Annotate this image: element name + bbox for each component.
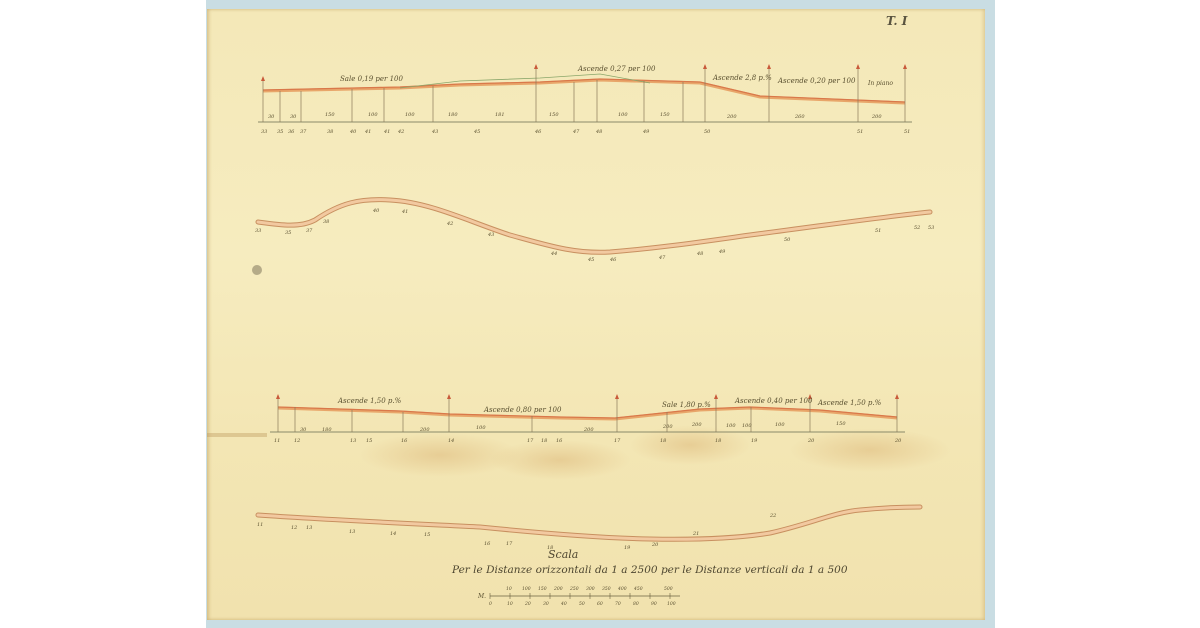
svg-text:100: 100	[476, 425, 486, 431]
svg-text:30: 30	[268, 114, 275, 120]
svg-text:48: 48	[696, 251, 703, 257]
svg-text:51: 51	[875, 228, 881, 234]
svg-text:500: 500	[664, 586, 673, 592]
svg-text:46: 46	[534, 129, 542, 135]
svg-text:260: 260	[794, 114, 805, 120]
svg-text:30: 30	[543, 601, 549, 607]
svg-text:22: 22	[769, 513, 776, 519]
gradient-annotation: Ascende 1,50 p.%	[337, 397, 402, 405]
svg-text:15: 15	[366, 438, 372, 444]
svg-text:18: 18	[660, 438, 666, 444]
svg-text:10: 10	[507, 601, 513, 607]
gradient-annotation: Sale 0,19 per 100	[340, 75, 403, 83]
svg-text:20: 20	[807, 438, 815, 444]
svg-text:100: 100	[618, 112, 628, 118]
gradient-annotation: Ascende 0,40 per 100	[734, 397, 813, 405]
svg-text:20: 20	[524, 601, 531, 607]
svg-text:30: 30	[300, 427, 307, 433]
svg-text:100: 100	[742, 423, 752, 429]
svg-text:38: 38	[323, 219, 329, 225]
svg-text:41: 41	[364, 129, 371, 135]
svg-text:200: 200	[726, 114, 737, 120]
svg-text:150: 150	[325, 112, 335, 118]
svg-text:17: 17	[614, 438, 621, 444]
svg-text:21: 21	[692, 531, 699, 537]
svg-text:51: 51	[904, 129, 910, 135]
svg-text:18: 18	[715, 438, 721, 444]
svg-text:33: 33	[255, 228, 261, 234]
svg-text:45: 45	[473, 129, 480, 135]
svg-text:16: 16	[484, 541, 491, 547]
svg-text:49: 49	[718, 249, 726, 255]
paper-stains	[252, 265, 950, 480]
svg-text:44: 44	[550, 251, 557, 257]
svg-text:36: 36	[288, 129, 295, 135]
svg-text:150: 150	[836, 421, 846, 427]
gradient-annotation: Sale 1,80 p.%	[662, 401, 711, 409]
gradient-annotation: Ascende 0,20 per 100	[777, 77, 856, 85]
svg-text:41: 41	[383, 129, 390, 135]
svg-text:20: 20	[651, 542, 659, 548]
svg-text:43: 43	[431, 129, 438, 135]
svg-text:300: 300	[586, 586, 595, 592]
gradient-annotation: In piano	[867, 80, 893, 87]
svg-text:37: 37	[300, 129, 307, 135]
svg-text:47: 47	[572, 129, 580, 135]
svg-text:150: 150	[549, 112, 559, 118]
svg-text:53: 53	[928, 225, 934, 231]
svg-text:13: 13	[306, 525, 312, 531]
svg-text:47: 47	[658, 255, 666, 261]
svg-text:35: 35	[285, 230, 291, 236]
gradient-annotation: Ascende 1,50 p.%	[817, 399, 882, 407]
svg-text:90: 90	[651, 601, 657, 607]
svg-text:16: 16	[556, 438, 563, 444]
svg-text:17: 17	[506, 541, 513, 547]
svg-text:0: 0	[489, 601, 492, 607]
svg-text:M.: M.	[477, 593, 486, 600]
svg-text:12: 12	[294, 438, 300, 444]
gradient-annotation: Ascende 0,80 per 100	[483, 406, 562, 414]
svg-text:51: 51	[857, 129, 863, 135]
svg-text:350: 350	[602, 586, 611, 592]
svg-text:200: 200	[419, 427, 430, 433]
svg-text:14: 14	[390, 531, 396, 537]
svg-text:150: 150	[538, 586, 547, 592]
svg-text:100: 100	[667, 601, 676, 607]
svg-text:13: 13	[349, 529, 355, 535]
svg-text:181: 181	[495, 112, 505, 118]
svg-text:20: 20	[894, 438, 902, 444]
svg-text:37: 37	[306, 228, 313, 234]
svg-text:42: 42	[446, 221, 453, 227]
gradient-annotation: Ascende 0,27 per 100	[577, 65, 656, 73]
svg-text:46: 46	[609, 257, 617, 263]
svg-text:18: 18	[541, 438, 547, 444]
svg-text:19: 19	[624, 545, 631, 551]
svg-text:450: 450	[633, 586, 643, 592]
svg-text:100: 100	[726, 423, 736, 429]
svg-text:10: 10	[506, 586, 512, 592]
scale-description: Per le Distanze orizzontali da 1 a 2500 …	[452, 564, 848, 576]
gradient-annotation: Ascende 2,8 p.%	[712, 74, 772, 82]
svg-text:50: 50	[784, 237, 791, 243]
svg-text:250: 250	[569, 586, 579, 592]
svg-text:17: 17	[527, 438, 534, 444]
svg-text:30: 30	[290, 114, 297, 120]
plan-curve-top: 33 35 37 38 40 41 42 43 44 45 46 47 48 4…	[255, 200, 934, 263]
svg-text:200: 200	[583, 427, 594, 433]
svg-text:40: 40	[349, 129, 357, 135]
svg-text:60: 60	[597, 601, 603, 607]
svg-text:150: 150	[660, 112, 670, 118]
svg-text:40: 40	[372, 208, 380, 214]
svg-text:12: 12	[291, 525, 297, 531]
profile-top: Sale 0,19 per 100 Ascende 0,27 per 100 A…	[258, 64, 912, 135]
svg-text:80: 80	[633, 601, 639, 607]
svg-text:200: 200	[871, 114, 882, 120]
svg-text:13: 13	[350, 438, 356, 444]
scale-title: Scala	[548, 548, 578, 561]
svg-text:43: 43	[487, 232, 494, 238]
svg-text:15: 15	[424, 532, 430, 538]
svg-text:35: 35	[277, 129, 283, 135]
svg-text:180: 180	[448, 112, 458, 118]
svg-text:19: 19	[751, 438, 758, 444]
svg-text:45: 45	[587, 257, 594, 263]
svg-text:33: 33	[261, 129, 267, 135]
svg-text:200: 200	[662, 424, 673, 430]
svg-text:52: 52	[914, 225, 920, 231]
svg-text:100: 100	[368, 112, 378, 118]
svg-text:100: 100	[522, 586, 531, 592]
technical-drawing: Sale 0,19 per 100 Ascende 0,27 per 100 A…	[0, 0, 1200, 628]
svg-text:100: 100	[405, 112, 415, 118]
svg-text:49: 49	[642, 129, 650, 135]
svg-text:180: 180	[322, 427, 332, 433]
plan-curve-bottom: 11 12 13 13 14 15 16 17 18 19 20 21 22	[257, 507, 920, 551]
svg-text:11: 11	[257, 522, 263, 528]
svg-text:40: 40	[560, 601, 567, 607]
svg-text:70: 70	[615, 601, 621, 607]
svg-text:100: 100	[775, 422, 785, 428]
svg-text:42: 42	[397, 129, 404, 135]
svg-text:41: 41	[401, 209, 408, 215]
svg-text:50: 50	[579, 601, 585, 607]
svg-text:400: 400	[617, 586, 627, 592]
svg-text:11: 11	[274, 438, 280, 444]
svg-text:16: 16	[401, 438, 408, 444]
svg-text:200: 200	[691, 422, 702, 428]
svg-text:38: 38	[327, 129, 333, 135]
svg-text:14: 14	[448, 438, 454, 444]
svg-text:50: 50	[704, 129, 711, 135]
svg-text:48: 48	[595, 129, 602, 135]
scale-bar: M. 10100 150200 250300 350400 450500 010…	[477, 586, 680, 607]
svg-text:200: 200	[553, 586, 563, 592]
